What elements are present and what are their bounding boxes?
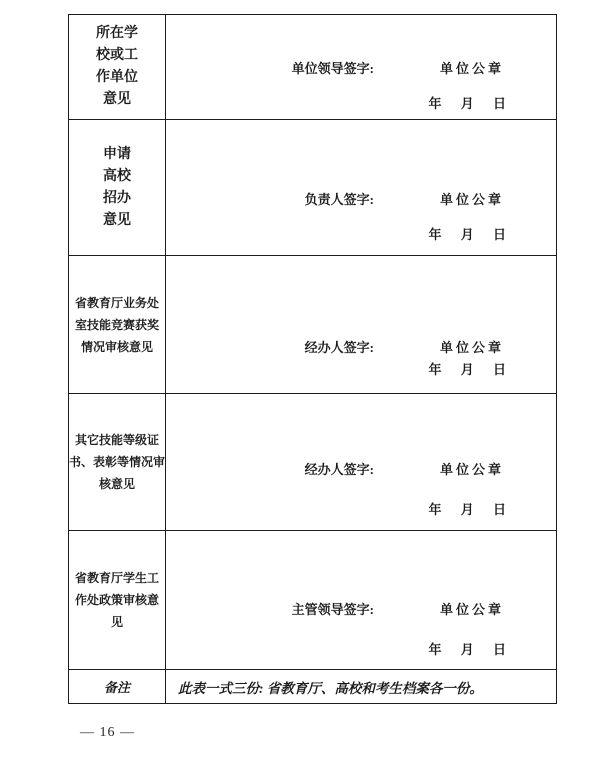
signature-area-admissions-opinion: 负责人签字: 单位公章 年 月 日 [166, 120, 557, 256]
table-row-school-opinion: 所在学 校或工 作单位 意见 单位领导签字: 单位公章 年 月 日 [69, 15, 557, 120]
table-row-remarks: 备注 此表一式三份: 省教育厅、高校和考生档案各一份。 [69, 670, 557, 704]
seal-label: 单位公章 [440, 60, 504, 77]
signer-label: 经办人签字: [166, 339, 374, 356]
signer-label: 经办人签字: [166, 461, 374, 478]
seal-label: 单位公章 [440, 191, 504, 208]
signer-label: 主管领导签字: [166, 601, 374, 618]
signature-line: 主管领导签字: 单位公章 [166, 601, 556, 618]
approval-form-table: 所在学 校或工 作单位 意见 单位领导签字: 单位公章 年 月 日 申请 高校 … [68, 14, 557, 704]
row-label-school-opinion: 所在学 校或工 作单位 意见 [69, 15, 166, 119]
signature-area-policy-review: 主管领导签字: 单位公章 年 月 日 [166, 531, 557, 670]
date-label: 年 月 日 [166, 226, 556, 243]
row-label-certificates-review: 其它技能等级证 书、表彰等情况审 核意见 [69, 394, 166, 530]
table-row-certificates-review: 其它技能等级证 书、表彰等情况审 核意见 经办人签字: 单位公章 年 月 日 [69, 394, 557, 531]
document-page: 所在学 校或工 作单位 意见 单位领导签字: 单位公章 年 月 日 申请 高校 … [0, 0, 610, 773]
date-label: 年 月 日 [166, 501, 556, 518]
signature-area-school-opinion: 单位领导签字: 单位公章 年 月 日 [166, 15, 557, 120]
table-row-admissions-opinion: 申请 高校 招办 意见 负责人签字: 单位公章 年 月 日 [69, 120, 557, 256]
signature-line: 经办人签字: 单位公章 [166, 339, 556, 356]
remarks-label: 备注 [69, 670, 166, 703]
remarks-text: 此表一式三份: 省教育厅、高校和考生档案各一份。 [166, 670, 557, 703]
row-label-policy-review: 省教育厅学生工 作处政策审核意 见 [69, 531, 166, 669]
signer-label: 负责人签字: [166, 191, 374, 208]
row-label-competition-review: 省教育厅业务处 室技能竞赛获奖 情况审核意见 [69, 256, 166, 393]
signer-label: 单位领导签字: [166, 60, 374, 77]
seal-label: 单位公章 [440, 601, 504, 618]
signature-line: 经办人签字: 单位公章 [166, 461, 556, 478]
date-label: 年 月 日 [166, 641, 556, 658]
date-label: 年 月 日 [166, 361, 556, 378]
signature-area-competition-review: 经办人签字: 单位公章 年 月 日 [166, 256, 557, 394]
seal-label: 单位公章 [440, 339, 504, 356]
signature-line: 负责人签字: 单位公章 [166, 191, 556, 208]
row-label-admissions-opinion: 申请 高校 招办 意见 [69, 120, 166, 255]
page-number: — 16 — [80, 725, 135, 741]
seal-label: 单位公章 [440, 461, 504, 478]
signature-line: 单位领导签字: 单位公章 [166, 60, 556, 77]
table-row-competition-review: 省教育厅业务处 室技能竞赛获奖 情况审核意见 经办人签字: 单位公章 年 月 日 [69, 256, 557, 394]
signature-area-certificates-review: 经办人签字: 单位公章 年 月 日 [166, 394, 557, 531]
table-row-policy-review: 省教育厅学生工 作处政策审核意 见 主管领导签字: 单位公章 年 月 日 [69, 531, 557, 670]
date-label: 年 月 日 [166, 95, 556, 112]
